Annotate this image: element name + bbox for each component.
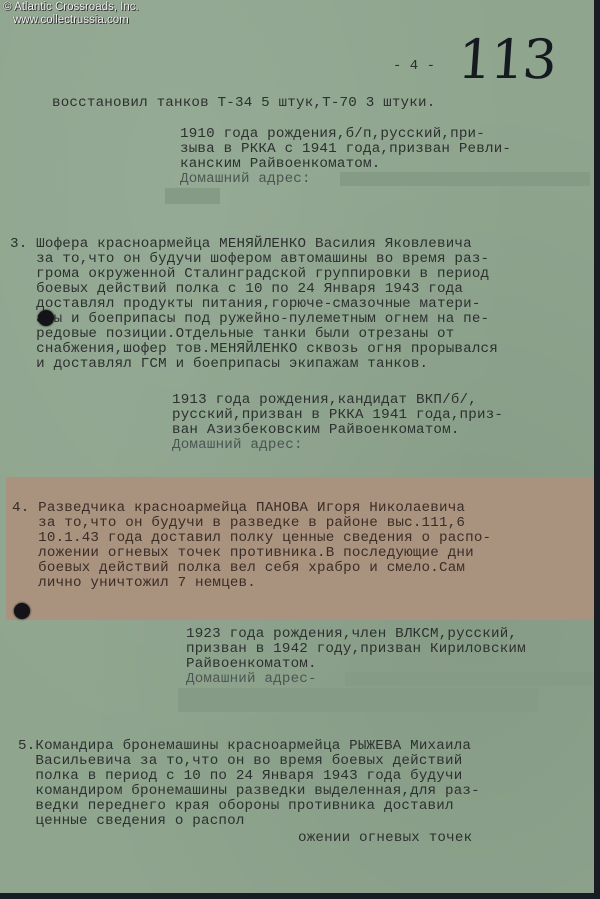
redaction [345,672,593,686]
entry-text-line: 3. Шофера красноармейца МЕНЯЙЛЕНКО Васил… [10,236,472,252]
entry-text-line: снабжения,шофер тов.МЕНЯЙЛЕНКО сквозь ог… [10,341,498,357]
entry-text-line: 10.1.43 года доставил полку ценные сведе… [12,530,491,546]
page-number: - 4 - [393,58,435,74]
entry-text-line: ведки переднего края обороны противника … [18,798,454,814]
bio-line: 1913 года рождения,кандидат ВКП/б/, [172,392,477,408]
watermark-copyright: © Atlantic Crossroads, Inc. [3,1,139,14]
bio-line: зыва в РККА с 1941 года,призван Ревли- [180,141,511,157]
entry-text-line: боевых действий полка вел себя храбро и … [12,560,465,576]
home-address-label: Домашний адрес- [186,671,317,687]
entry-text-line: ложении огневых точек противника.В после… [12,545,474,561]
entry-text-line: за то,что он будучи в разведке в районе … [12,515,465,531]
entry-text-line: Васильевича за то,что он во время боевых… [18,753,462,769]
entry-text-line: 5.Командира бронемашины красноармейца РЫ… [18,738,471,754]
punch-hole [14,603,30,619]
entry-text-line: полка в период с 10 по 24 Января 1943 го… [18,768,462,784]
punch-hole [38,310,54,326]
archive-number: 113 [456,28,557,91]
entry-text-line: лично уничтожил 7 немцев. [12,575,256,591]
redaction [340,172,590,186]
entry-text-line: ценные сведения о распол [18,813,245,829]
entry-text-line: редовые позиции.Отдельные танки были отр… [10,326,454,342]
entry-text-line: и доставлял ГСМ и боеприпасы экипажам та… [10,356,428,372]
entry-text-line: за то,что он будучи шофером автомашины в… [10,251,489,267]
entry-text-line: боевых действий полка с 10 по 24 Января … [10,281,463,297]
home-address-label: Домашний адрес: [180,171,311,187]
redaction [165,188,220,204]
entry-text-line: 4. Разведчика красноармейца ПАНОВА Игоря… [12,500,465,516]
bio-line: канским Райвоенкоматом. [180,156,380,172]
entry-text-line: грома окруженной Сталинградской группиро… [10,266,489,282]
bio-line: 1923 года рождения,член ВЛКСМ,русский, [186,626,517,642]
entry-text-line: доставлял продукты питания,горюче-смазоч… [10,296,481,312]
intro-line: восстановил танков Т-34 5 штук,Т-70 3 шт… [52,95,435,111]
watermark: © Atlantic Crossroads, Inc. www.collectr… [3,1,139,27]
bio-line: Райвоенкоматом. [186,656,317,672]
bio-line: ван Азизбековским Райвоенкоматом. [172,422,460,438]
bio-line: русский,призван в РККА 1941 года,приз- [172,407,503,423]
bio-line: 1910 года рождения,б/п,русский,при- [180,126,485,142]
entry-text-continuation: ожении огневых точек [298,830,472,846]
home-address-label: Домашний адрес: [172,437,303,453]
redaction [178,688,538,712]
document-page: © Atlantic Crossroads, Inc. www.collectr… [0,0,594,893]
watermark-url: www.collectrussia.com [3,14,139,27]
entry-text-line: командиром бронемашины разведки выделенн… [18,783,480,799]
entry-text-line: алы и боеприпасы под ружейно-пулеметным … [10,311,489,327]
bio-line: призван в 1942 году,призван Кириловским [186,641,526,657]
